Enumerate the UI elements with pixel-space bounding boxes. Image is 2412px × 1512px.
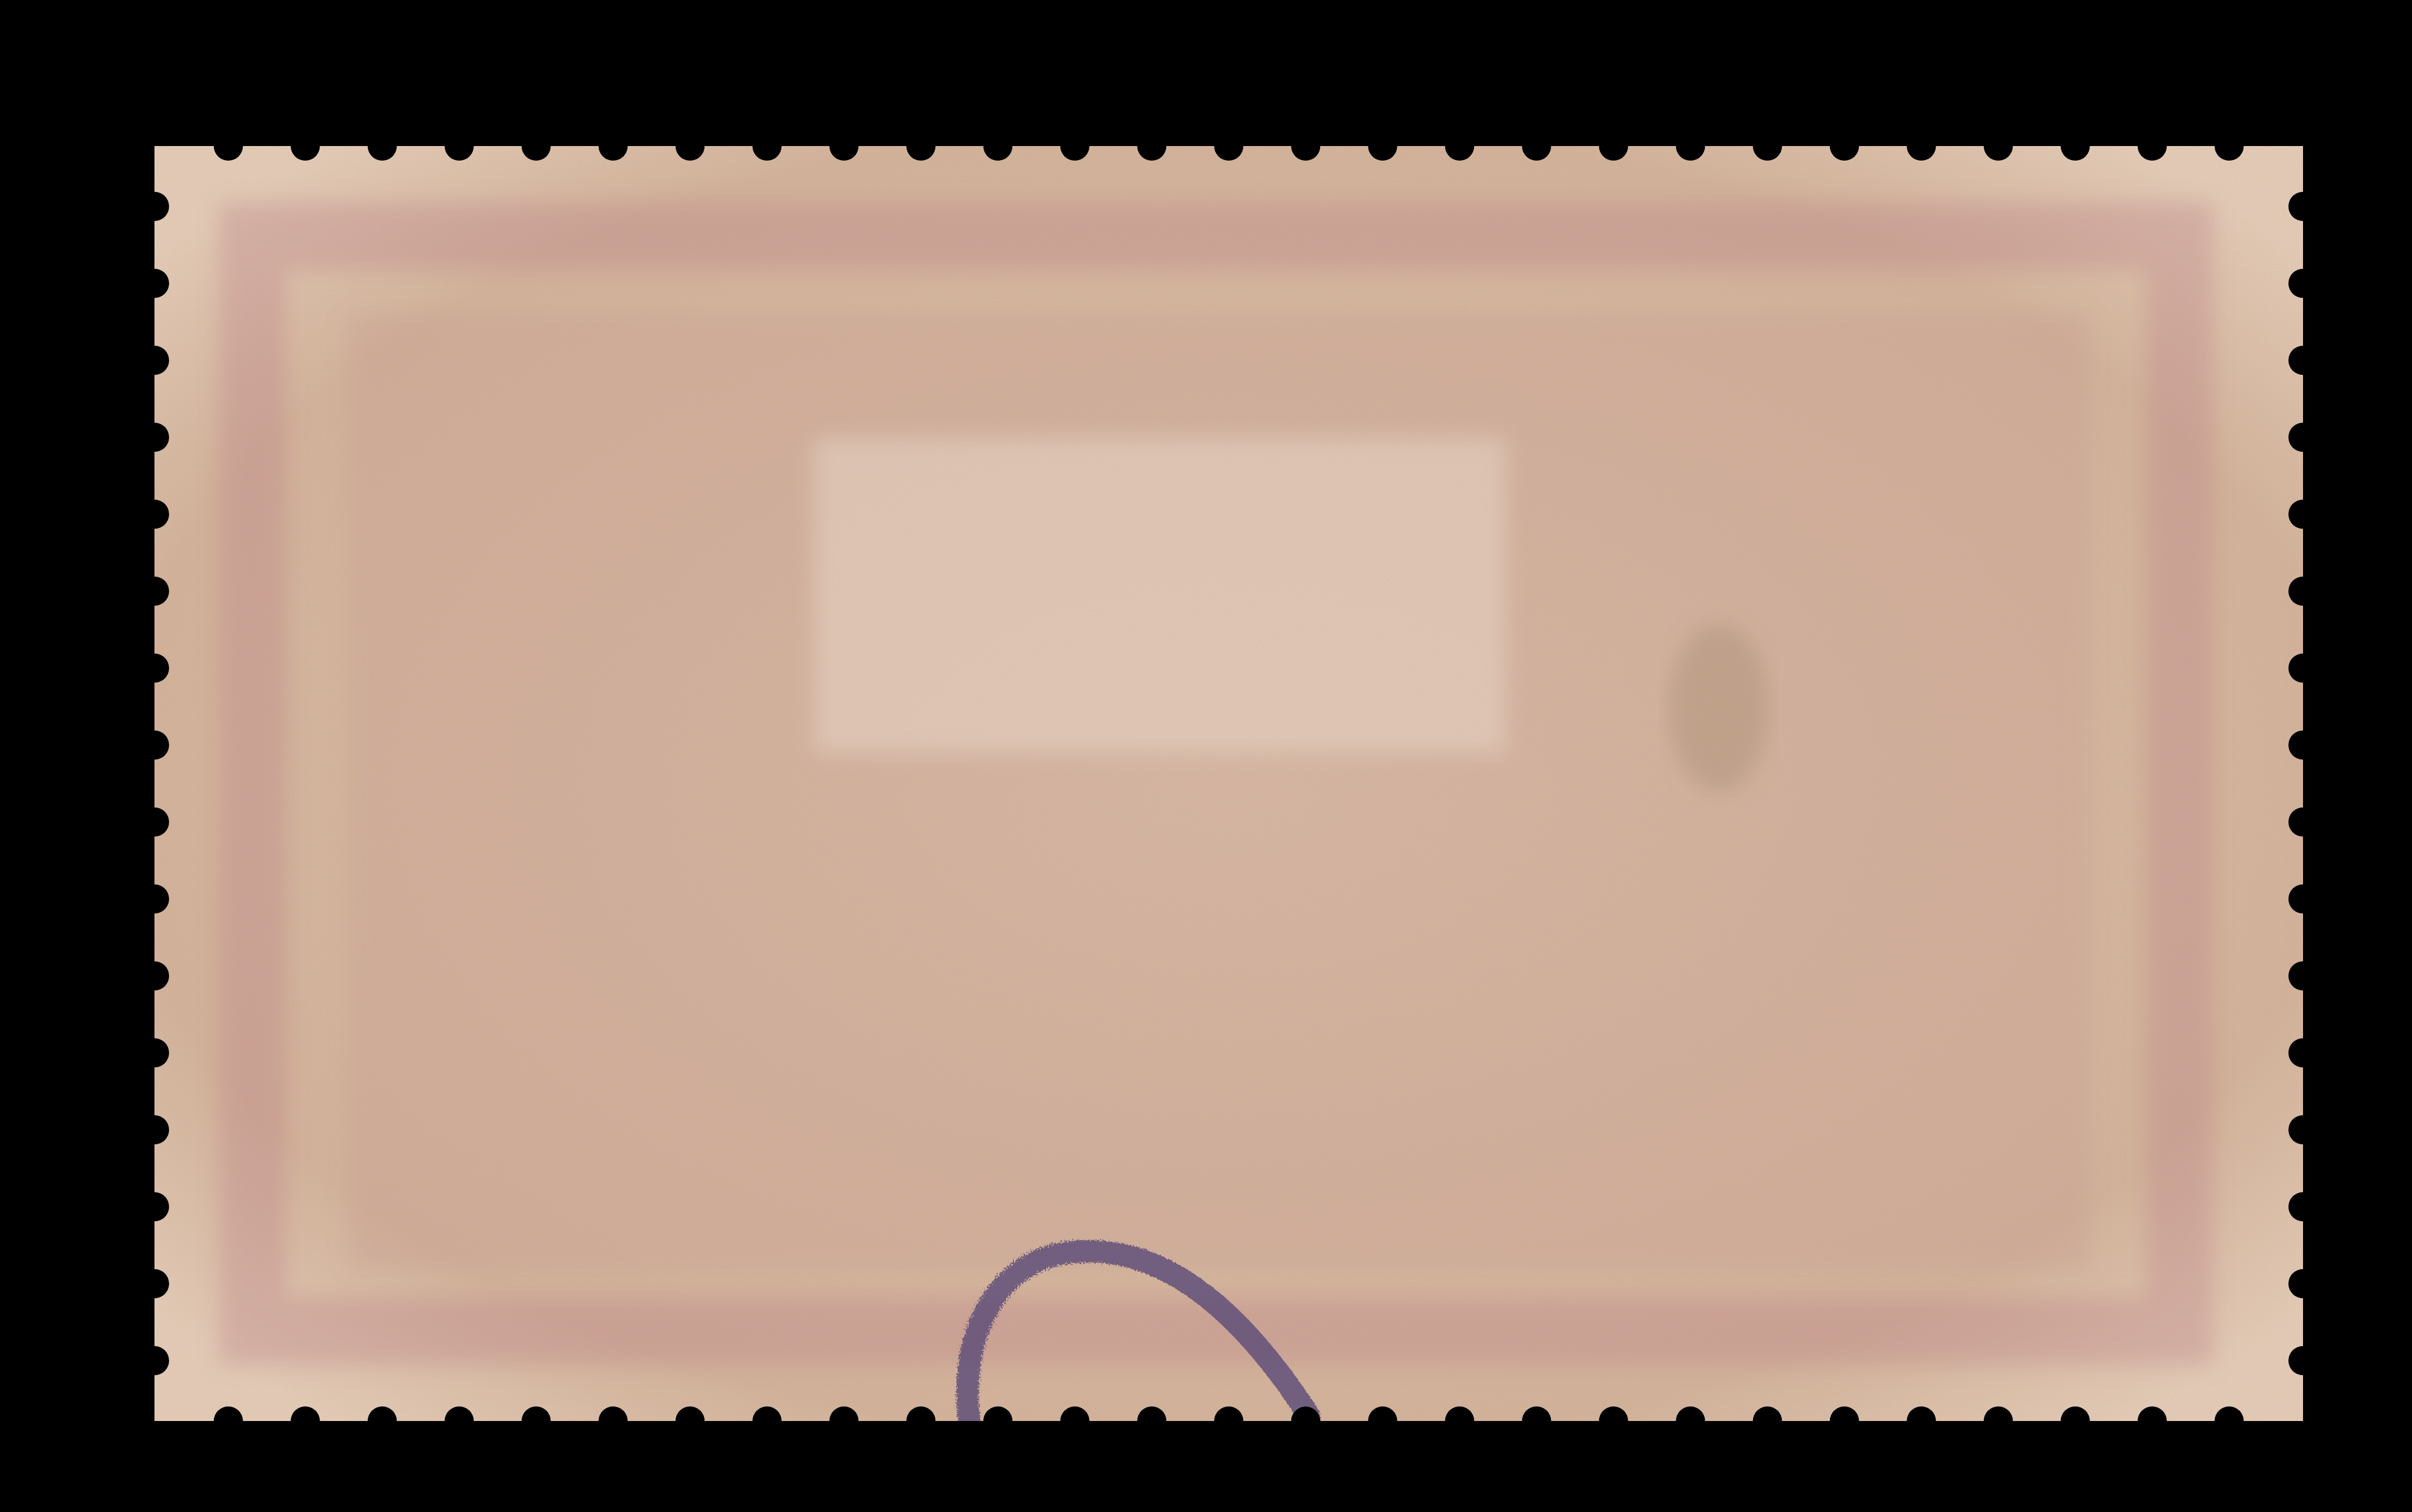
stamp-photo: Reverse side of a perforated postage sta… — [0, 0, 2412, 1512]
stamp — [0, 0, 2412, 1512]
